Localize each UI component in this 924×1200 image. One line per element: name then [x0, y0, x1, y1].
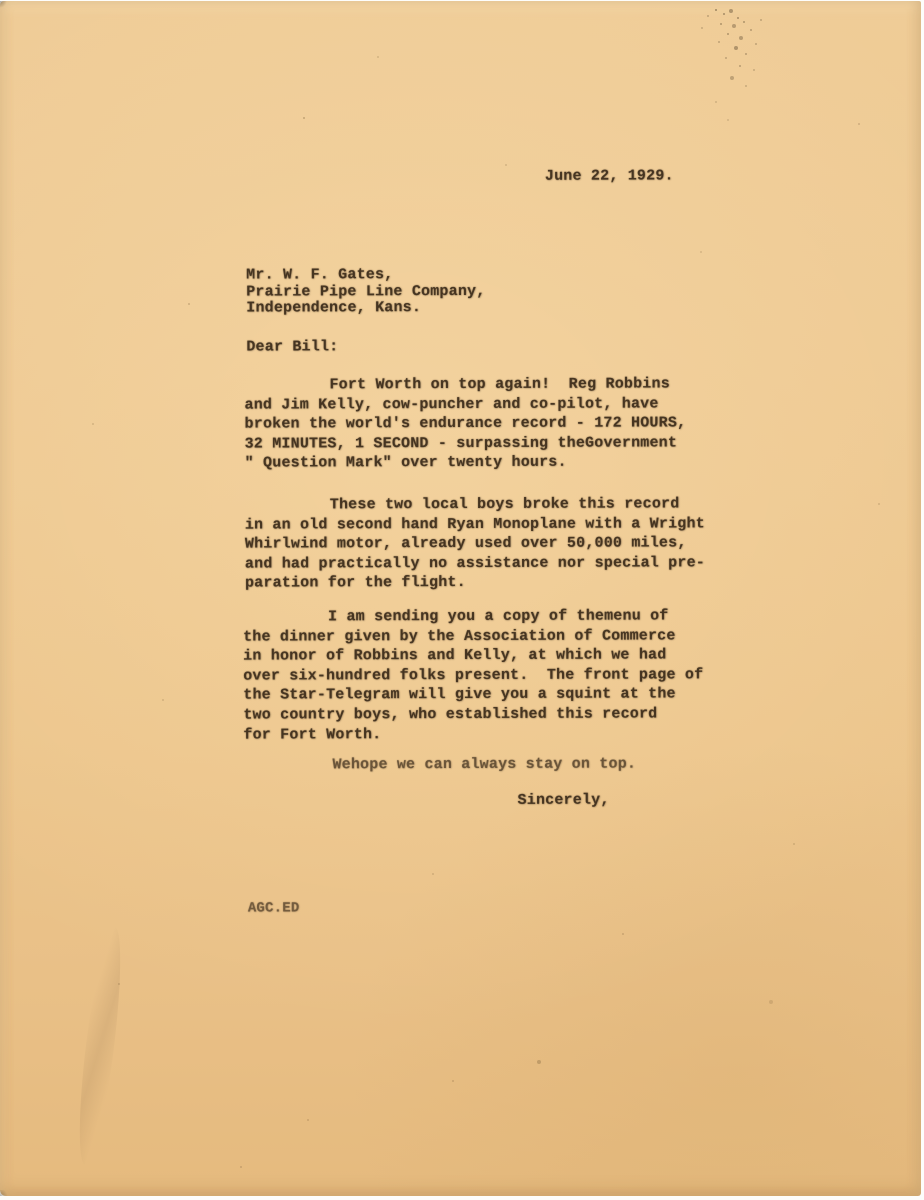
paragraph-2-line: Whirlwind motor, already used over 50,00…: [245, 533, 725, 554]
paragraph-3-line: the Star-Telegram will give you a squint…: [243, 685, 723, 706]
paragraph-2-line: and had practically no assistance nor sp…: [245, 553, 725, 574]
scanned-letter-frame: June 22, 1929. Mr. W. F. Gates, Prairie …: [0, 0, 924, 1200]
salutation-line: Dear Bill:: [246, 338, 338, 355]
paragraph-2-line: in an old second hand Ryan Monoplane wit…: [245, 514, 725, 535]
paragraph-3-line: over six-hundred folks present. The fron…: [243, 665, 723, 686]
paragraph-1-line: and Jim Kelly, cow-puncher and co-pilot,…: [244, 394, 724, 415]
date-line: June 22, 1929.: [545, 167, 674, 184]
recipient-name-line: Mr. W. F. Gates,: [246, 267, 485, 284]
paragraph-1-line: Fort Worth on top again! Reg Robbins: [244, 374, 724, 395]
paragraph-2-line: paration for the flight.: [245, 573, 725, 594]
paragraph-1-line: " Question Mark" over twenty hours.: [245, 453, 725, 474]
valediction-line: Sincerely,: [518, 792, 610, 809]
reference-initials-line: AGC.ED: [248, 900, 300, 916]
paragraph-3: I am sending you a copy of themenu of th…: [243, 606, 723, 744]
closing-sentence-line: Wehope we can always stay on top.: [332, 756, 636, 774]
paragraph-1: Fort Worth on top again! Reg Robbins and…: [244, 374, 724, 473]
letter-paper: June 22, 1929. Mr. W. F. Gates, Prairie …: [0, 1, 921, 1196]
recipient-city-line: Independence, Kans.: [246, 300, 485, 317]
paragraph-3-line: in honor of Robbins and Kelly, at which …: [243, 646, 723, 667]
recipient-address-block: Mr. W. F. Gates, Prairie Pipe Line Compa…: [246, 267, 485, 317]
paragraph-3-line: the dinner given by the Association of C…: [243, 626, 723, 647]
typewritten-text: June 22, 1929. Mr. W. F. Gates, Prairie …: [0, 0, 923, 1197]
paragraph-1-line: 32 MINUTES, 1 SECOND - surpassing theGov…: [245, 433, 725, 454]
paragraph-3-line: I am sending you a copy of themenu of: [243, 606, 723, 627]
paragraph-3-line: two country boys, who established this r…: [243, 704, 723, 725]
paragraph-2-line: These two local boys broke this record: [245, 494, 725, 515]
recipient-company-line: Prairie Pipe Line Company,: [246, 283, 485, 300]
paragraph-2: These two local boys broke this record i…: [245, 494, 725, 593]
paragraph-1-line: broken the world's endurance record - 17…: [245, 413, 725, 434]
paragraph-3-line: for Fort Worth.: [243, 724, 723, 745]
